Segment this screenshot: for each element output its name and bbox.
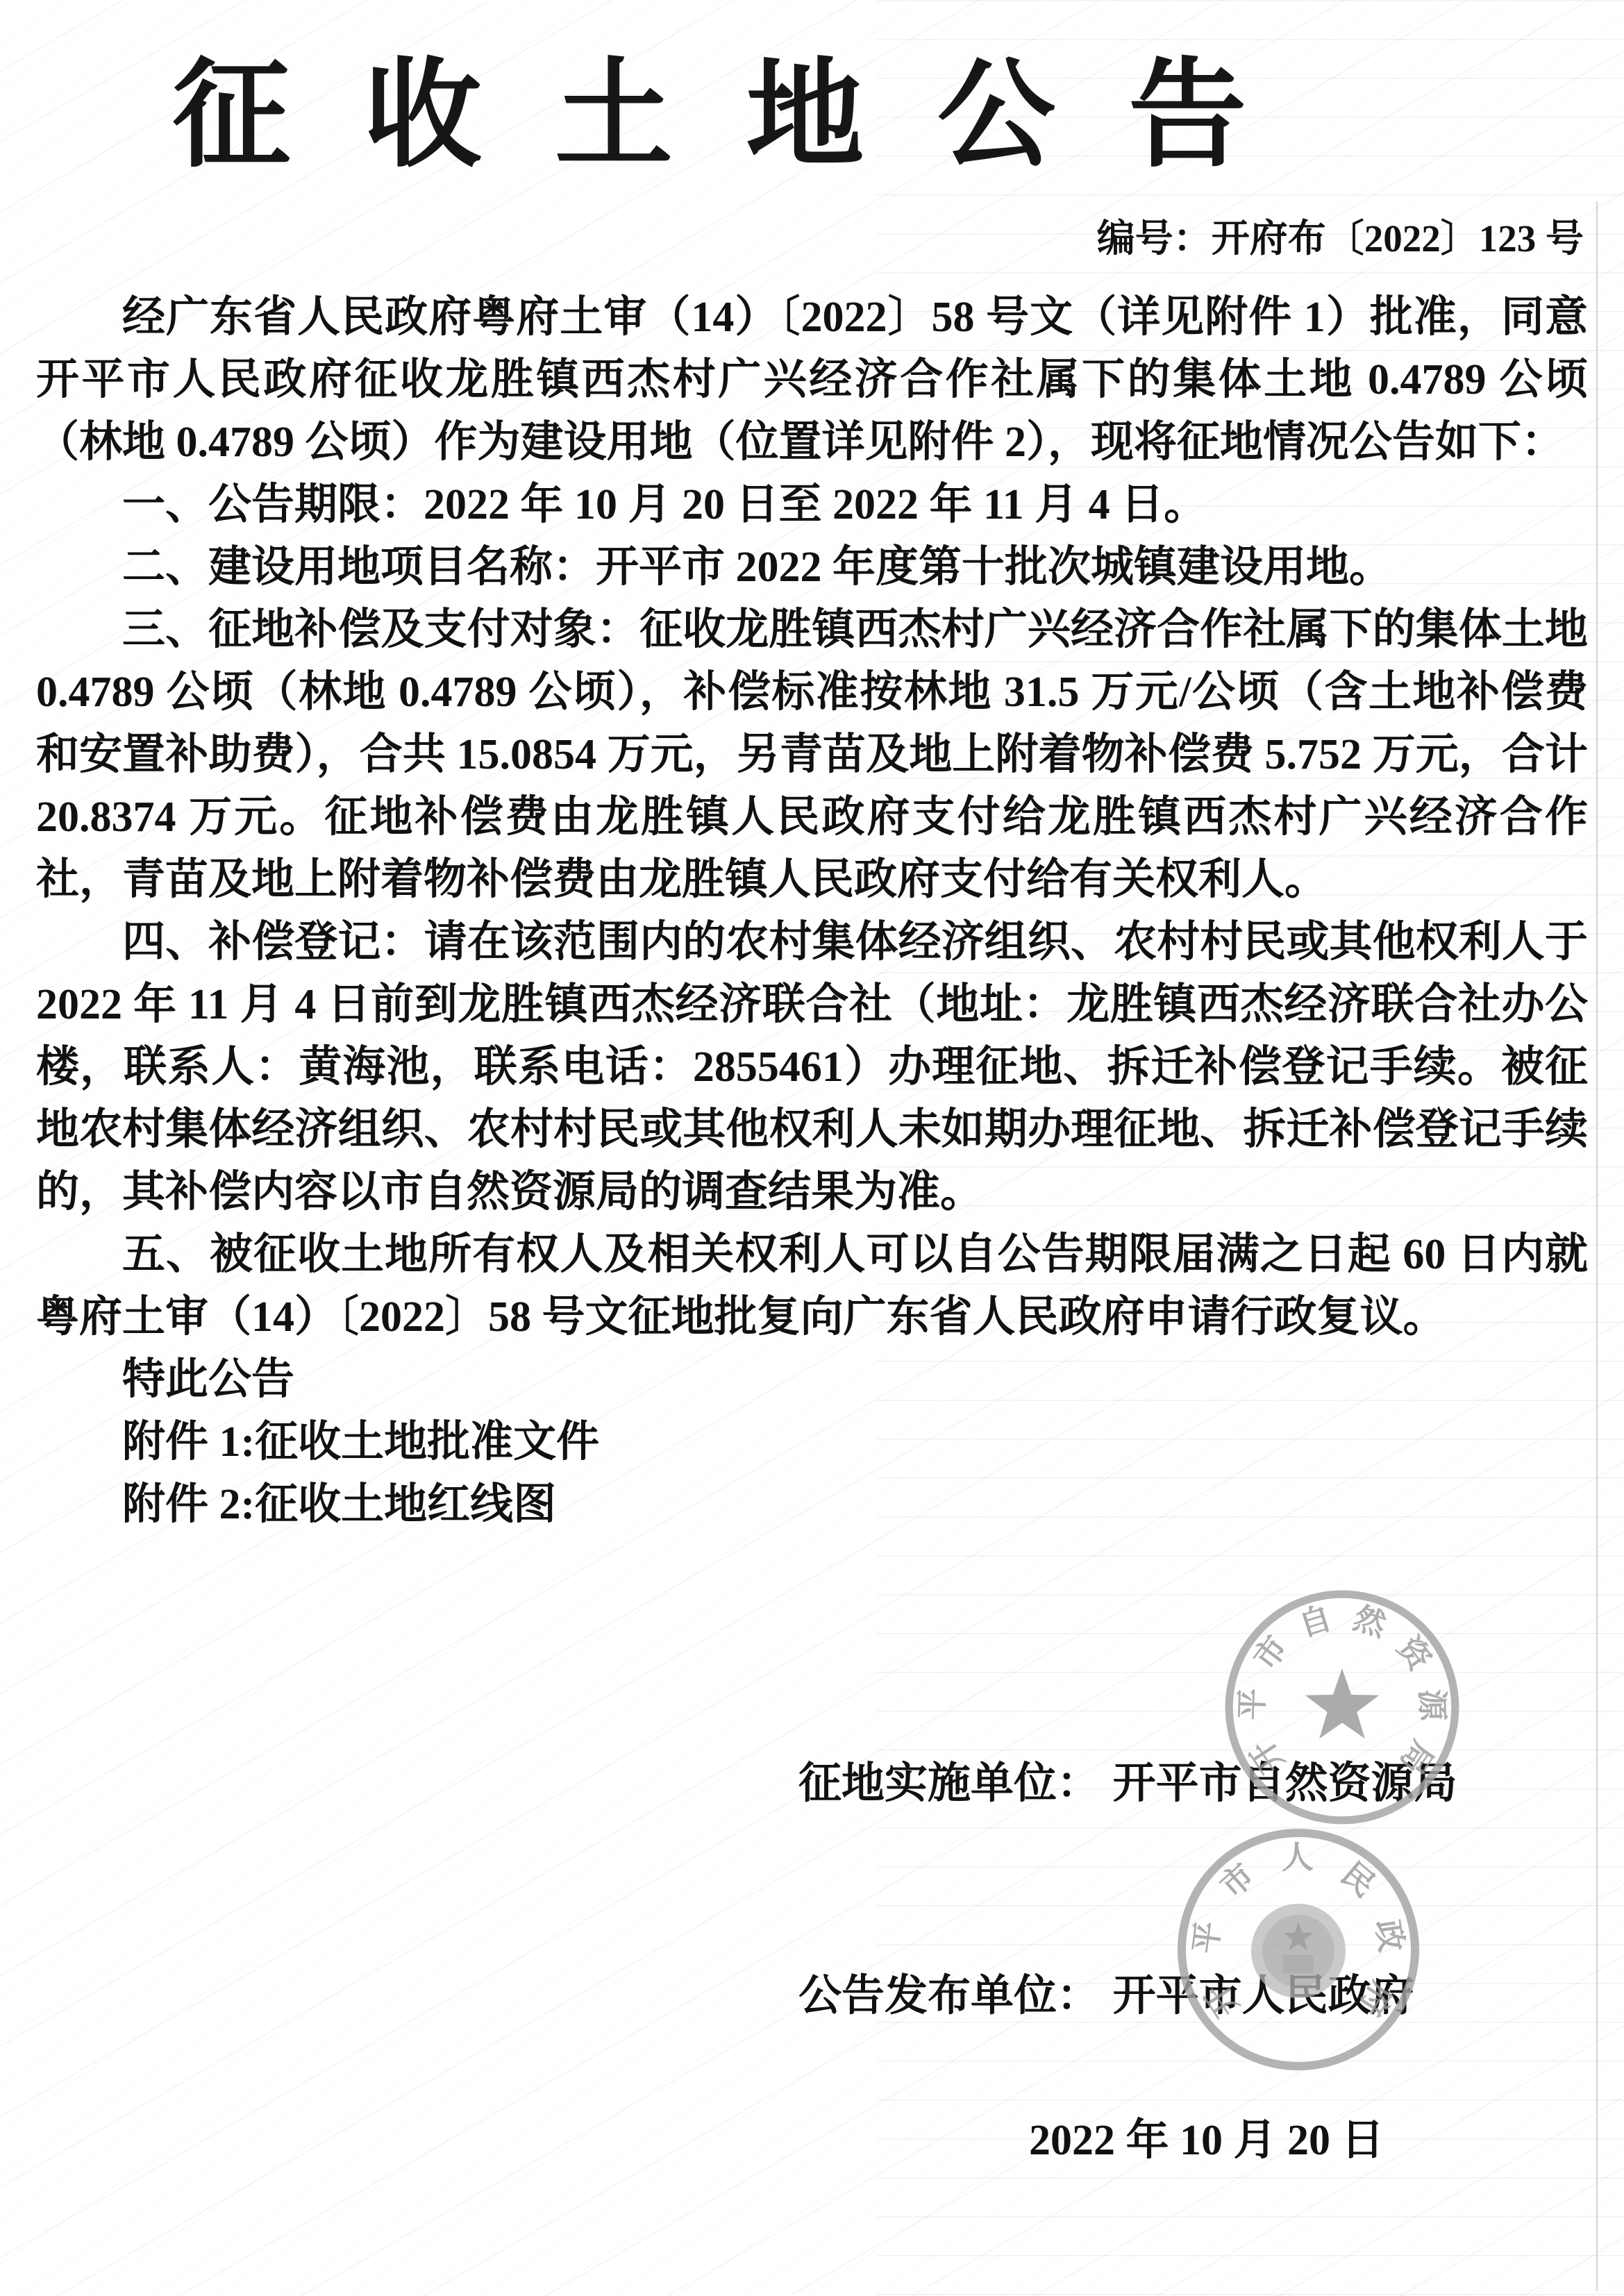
implementing-unit-value: 开平市自然资源局 [1113, 1760, 1457, 1807]
paragraph-item-1: 一、公告期限：2022 年 10 月 20 日至 2022 年 11 月 4 日… [36, 474, 1588, 536]
paragraph-item-4: 四、补偿登记：请在该范围内的农村集体经济组织、农村村民或其他权利人于 2022 … [36, 911, 1588, 1223]
implementing-unit-label: 征地实施单位： [798, 1760, 1100, 1807]
paragraph-item-3: 三、征地补偿及支付对象：征收龙胜镇西杰村广兴经济合作社属下的集体土地 0.478… [36, 598, 1588, 911]
paragraph-item-2: 二、建设用地项目名称：开平市 2022 年度第十批次城镇建设用地。 [36, 536, 1588, 598]
paragraph-item-5: 五、被征收土地所有权人及相关权利人可以自公告期限届满之日起 60 日内就粤府土审… [36, 1223, 1588, 1348]
issuing-unit-line: 公告发布单位：开平市人民政府 [798, 1961, 1414, 2022]
page-title: 征收土地公告 [0, 0, 1624, 178]
scan-artifact-edge-line [1596, 201, 1598, 2291]
issuing-unit-label: 公告发布单位： [798, 1972, 1100, 2020]
doc-number: 编号：开府布〔2022〕123 号 [0, 208, 1624, 262]
document-body: 经广东省人民政府粤府土审（14）〔2022〕58 号文（详见附件 1）批准，同意… [36, 286, 1588, 1536]
implementing-unit-line: 征地实施单位：开平市自然资源局 [798, 1748, 1457, 1810]
star-icon [1305, 1668, 1379, 1738]
publish-date: 2022 年 10 月 20 日 [1029, 2105, 1384, 2167]
seal-municipal-government: 开平市人民政府 [1175, 1826, 1422, 2073]
attachment-2: 附件 2:征收土地红线图 [36, 1473, 1588, 1536]
attachment-1: 附件 1:征收土地批准文件 [36, 1411, 1588, 1473]
document-page: 征收土地公告 编号：开府布〔2022〕123 号 经广东省人民政府粤府土审（14… [0, 0, 1624, 2296]
paragraph-closing: 特此公告 [36, 1348, 1588, 1411]
issuing-unit-value: 开平市人民政府 [1113, 1972, 1414, 2020]
paragraph-intro: 经广东省人民政府粤府土审（14）〔2022〕58 号文（详见附件 1）批准，同意… [36, 286, 1588, 474]
